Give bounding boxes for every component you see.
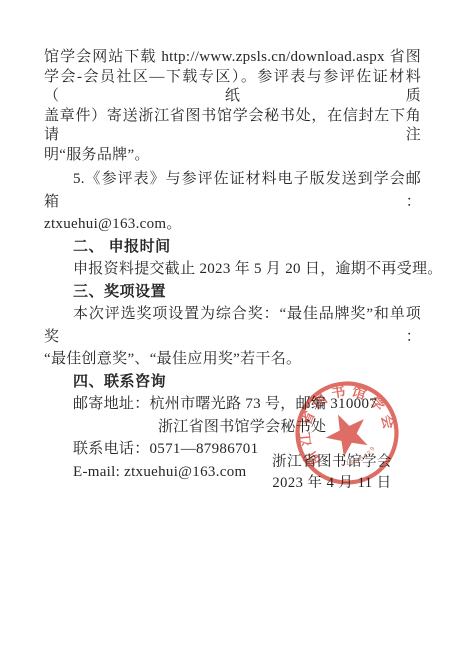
document-line: 邮寄地址：杭州市曙光路 73 号，邮编 310007 bbox=[44, 393, 421, 416]
section-heading: 二、 申报时间 bbox=[44, 236, 421, 259]
section-heading: 四、联系咨询 bbox=[44, 371, 421, 394]
document-line: 盖章件）寄送浙江省图书馆学会秘书处，在信封左下角请注 bbox=[44, 107, 421, 146]
document-line: 本次评选奖项设置为综合奖：“最佳品牌奖”和单项奖： bbox=[44, 303, 421, 348]
document-body: 馆学会网站下载 http://www.zpsls.cn/download.asp… bbox=[44, 48, 421, 483]
document-page: 馆学会网站下载 http://www.zpsls.cn/download.asp… bbox=[0, 0, 462, 654]
signature-block: 浙江省图书馆学会 2023 年 4 月 11 日 bbox=[272, 452, 392, 494]
document-line: “最佳创意奖”、“最佳应用奖”若干名。 bbox=[44, 348, 421, 371]
section-heading: 三、奖项设置 bbox=[44, 281, 421, 304]
document-line: 明“服务品牌”。 bbox=[44, 146, 421, 166]
document-line: 浙江省图书馆学会秘书处 bbox=[44, 416, 421, 439]
document-line: 5.《参评表》与参评佐证材料电子版发送到学会邮箱： bbox=[44, 168, 421, 213]
document-line: 申报资料提交截止 2023 年 5 月 20 日，逾期不再受理。 bbox=[44, 258, 421, 281]
signature-date: 2023 年 4 月 11 日 bbox=[272, 473, 392, 494]
document-line: 馆学会网站下载 http://www.zpsls.cn/download.asp… bbox=[44, 48, 421, 68]
document-line: ztxuehui@163.com。 bbox=[44, 213, 421, 236]
document-line: 学会-会员社区—下载专区）。参评表与参评佐证材料（纸质 bbox=[44, 68, 421, 107]
signature-organization: 浙江省图书馆学会 bbox=[272, 452, 392, 473]
